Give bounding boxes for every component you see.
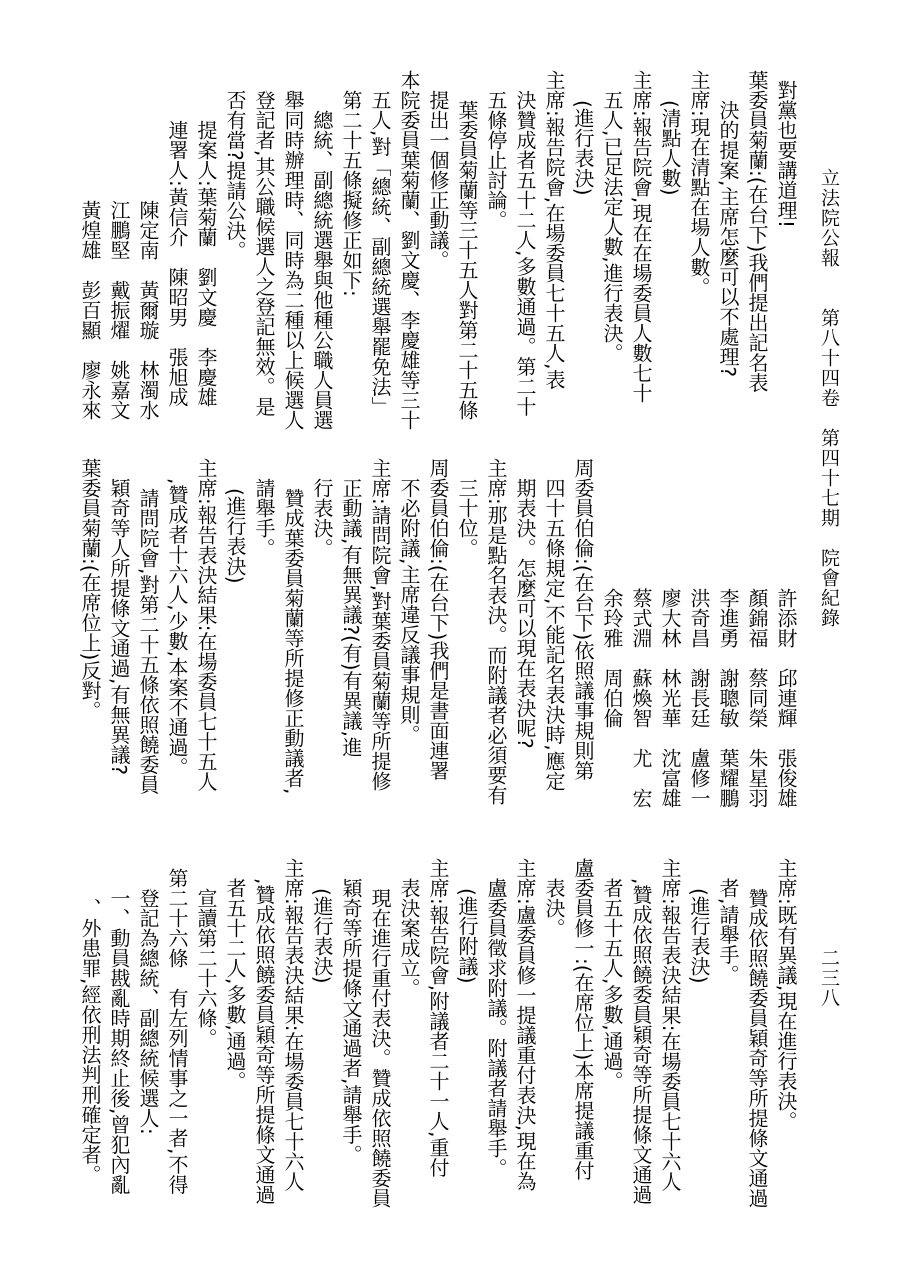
text-column: 者五十五人,多數,通過。 xyxy=(602,858,622,1233)
text-column: 穎奇等人所提條文通過,有無異議? xyxy=(109,458,129,833)
text-column: 正動議,有無異議?(有)有異議,進 xyxy=(341,458,361,833)
page-number: 二三八 xyxy=(819,948,838,1008)
text-column: ,贊成依照饒委員穎奇等所提條文通過 xyxy=(254,858,274,1233)
text-column: 登記者,其公職候選人之登記無效。是 xyxy=(254,70,274,445)
text-column: 總統、副總統選舉與他種公職人員選 xyxy=(312,70,332,445)
text-column: 五人,已足法定人數,進行表決。 xyxy=(602,70,622,445)
text-column: 本院委員葉菊蘭、劉文慶、李慶雄等三十 xyxy=(399,70,419,445)
text-column: 主席:請問院會,對葉委員菊蘭等所提修 xyxy=(370,458,390,833)
text-column: 葉委員菊蘭等三十五人對第二十五條 xyxy=(457,70,477,445)
gazette-page: 立法院公報 第八十四卷 第四十七期 院會紀錄 二三八 對黨也要講道理!葉委員菊蘭… xyxy=(0,0,908,1280)
text-column: 行表決。 xyxy=(312,458,332,833)
text-column: 不必附議,主席違反議事規則。 xyxy=(399,458,419,833)
text-column: 余玲雅 周伯倫 xyxy=(602,458,622,833)
text-column: 江鵬堅 戴振燿 姚嘉文 xyxy=(109,70,129,445)
text-column: 請問院會,對第二十五條依照饒委員 xyxy=(138,458,158,833)
text-column: 舉同時辦理時、同時為二種以上候選人 xyxy=(283,70,303,445)
text-column: 者,請舉手。 xyxy=(718,858,738,1233)
text-column: 否有當?提請公決。 xyxy=(225,70,245,445)
text-column: 表決案成立。 xyxy=(399,858,419,1233)
text-column: 主席:現在清點在場人數。 xyxy=(689,70,709,445)
text-column: 廖大林 林光華 沈富雄 xyxy=(660,458,680,833)
text-column: 一、動員戡亂時期終止後,曾犯內亂 xyxy=(109,858,129,1233)
text-column: 贊成葉委員菊蘭等所提修正動議者, xyxy=(283,458,303,833)
text-column: 穎奇等所提條文通過者,請舉手。 xyxy=(341,858,361,1233)
text-column: (清點人數) xyxy=(660,70,680,445)
text-column: 請舉手。 xyxy=(254,458,274,833)
text-column: 主席:盧委員修一提議重付表決,現在為 xyxy=(515,858,535,1233)
text-column: (進行表決) xyxy=(573,70,593,445)
text-column: 主席:報告表決結果:在場委員七十五人 xyxy=(196,458,216,833)
text-column: 主席:既有異議,現在進行表決。 xyxy=(776,858,796,1233)
text-column: 盧委員徵求附議。附議者請舉手。 xyxy=(486,858,506,1233)
text-column: 主席:報告院會,現在在場委員人數七十 xyxy=(631,70,651,445)
text-column: 連署人:黃信介 陳昭男 張旭成 xyxy=(167,70,187,445)
text-column: 期表決。怎麼可以現在表決呢? xyxy=(515,458,535,833)
text-column: 洪奇昌 謝長廷 盧修一 xyxy=(689,458,709,833)
text-column: 登記為總統、副總統候選人: xyxy=(138,858,158,1233)
text-column: 對黨也要講道理! xyxy=(776,70,796,445)
text-column: (進行表決) xyxy=(225,458,245,833)
text-column: 主席:報告表決結果:在場委員七十六人 xyxy=(660,858,680,1233)
text-column: 李進勇 謝聰敏 葉耀鵬 xyxy=(718,458,738,833)
text-column: 葉委員菊蘭:(在台下)我們提出記名表 xyxy=(747,70,767,445)
text-column: 第二十五條擬修正如下: xyxy=(341,70,361,445)
text-column: 、外患罪,經依刑法判刑確定者。 xyxy=(80,858,100,1233)
text-column: 第二十六條 有左列情事之一者,不得 xyxy=(167,858,187,1233)
text-column: 主席:報告院會,在場委員七十五人,表 xyxy=(544,70,564,445)
text-column: 表決。 xyxy=(544,858,564,1233)
text-column: 贊成依照饒委員穎奇等所提條文通過 xyxy=(747,858,767,1233)
text-column: (進行表決) xyxy=(312,858,332,1233)
running-header-title: 立法院公報 第八十四卷 第四十七期 院會紀錄 xyxy=(819,168,838,628)
text-column: (進行附議) xyxy=(457,858,477,1233)
text-column: 周委員伯倫:(在台下)我們是書面連署 xyxy=(428,458,448,833)
text-column: ,贊成依照饒委員穎奇等所提條文通過 xyxy=(631,858,651,1233)
text-column: 宣讀第二十六條。 xyxy=(196,858,216,1233)
text-column: 葉委員菊蘭:(在席位上)反對。 xyxy=(80,458,100,833)
text-column: 五人,對「總統、副總統選舉罷免法」 xyxy=(370,70,390,445)
text-column: 現在進行重付表決。贊成依照饒委員 xyxy=(370,858,390,1233)
text-column: 許添財 邱連輝 張俊雄 xyxy=(776,458,796,833)
text-column: 五條停止討論。 xyxy=(486,70,506,445)
text-column: 者五十二人,多數,通過。 xyxy=(225,858,245,1233)
text-column: 提出一個修正動議。 xyxy=(428,70,448,445)
text-column: 顏錦福 蔡同榮 朱星羽 xyxy=(747,458,767,833)
text-column: 黃煌雄 彭百顯 廖永來 xyxy=(80,70,100,445)
text-column: 周委員伯倫:(在台下)依照議事規則第 xyxy=(573,458,593,833)
text-column: 盧委員修一:(在席位上)本席提議重付 xyxy=(573,858,593,1233)
text-column: (進行表決) xyxy=(689,858,709,1233)
text-column: 陳定南 黃爾璇 林濁水 xyxy=(138,70,158,445)
text-column: 主席:那是點名表決。而附議者必須要有 xyxy=(486,458,506,833)
text-column: 主席:報告表決結果:在場委員七十六人 xyxy=(283,858,303,1233)
text-column: 四十五條規定,不能記名表決時,應定 xyxy=(544,458,564,833)
text-band-middle: 許添財 邱連輝 張俊雄顏錦福 蔡同榮 朱星羽李進勇 謝聰敏 葉耀鵬洪奇昌 謝長廷… xyxy=(71,458,796,833)
text-column: ,贊成者十六人,少數,本案不通過。 xyxy=(167,458,187,833)
text-band-top: 對黨也要講道理!葉委員菊蘭:(在台下)我們提出記名表決的提案,主席怎麼可以不處理… xyxy=(71,70,796,445)
text-column: 三十位。 xyxy=(457,458,477,833)
text-band-bottom: 主席:既有異議,現在進行表決。贊成依照饒委員穎奇等所提條文通過者,請舉手。(進行… xyxy=(71,858,796,1233)
text-column: 決的提案,主席怎麼可以不處理? xyxy=(718,70,738,445)
text-column: 主席:報告院會,附議者二十一人,重付 xyxy=(428,858,448,1233)
text-column: 蔡式淵 蘇煥智 尤 宏 xyxy=(631,458,651,833)
text-column: 提案人:葉菊蘭 劉文慶 李慶雄 xyxy=(196,70,216,445)
text-column: 決贊成者五十二人,多數通過。第二十 xyxy=(515,70,535,445)
